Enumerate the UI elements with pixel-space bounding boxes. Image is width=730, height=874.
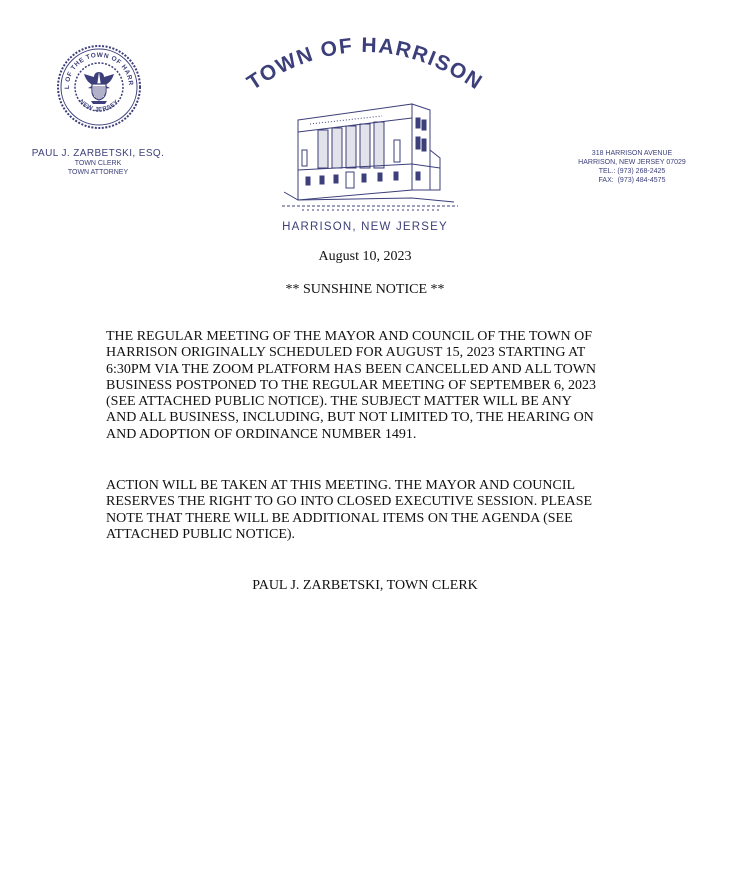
town-title: TOWN OF HARRISON <box>243 34 487 95</box>
town-hall-building-icon <box>282 104 458 210</box>
town-seal-icon: SEAL OF THE TOWN OF HARRISON NEW JERSEY <box>56 44 142 130</box>
document-date: August 10, 2023 <box>0 249 730 265</box>
clerk-contact-block: PAUL J. ZARBETSKI, ESQ. TOWN CLERK TOWN … <box>0 148 196 177</box>
masthead: TOWN OF HARRISON <box>222 22 508 217</box>
notice-paragraph-1: THE REGULAR MEETING OF THE MAYOR AND COU… <box>106 329 626 443</box>
address-line-2: HARRISON, NEW JERSEY 07029 <box>548 158 716 167</box>
clerk-role-town-clerk: TOWN CLERK <box>0 159 196 168</box>
signature: PAUL J. ZARBETSKI, TOWN CLERK <box>0 578 730 594</box>
clerk-name: PAUL J. ZARBETSKI, ESQ. <box>0 148 196 159</box>
address-line-1: 318 HARRISON AVENUE <box>548 149 716 158</box>
notice-paragraph-2: ACTION WILL BE TAKEN AT THIS MEETING. TH… <box>106 478 626 543</box>
town-subtitle: HARRISON, NEW JERSEY <box>222 221 508 233</box>
notice-title: ** SUNSHINE NOTICE ** <box>0 282 730 298</box>
telephone: TEL.: (973) 268-2425 <box>548 167 716 176</box>
fax: FAX: (973) 484-4575 <box>548 176 716 185</box>
clerk-role-town-attorney: TOWN ATTORNEY <box>0 168 196 177</box>
office-contact-block: 318 HARRISON AVENUE HARRISON, NEW JERSEY… <box>548 149 716 185</box>
